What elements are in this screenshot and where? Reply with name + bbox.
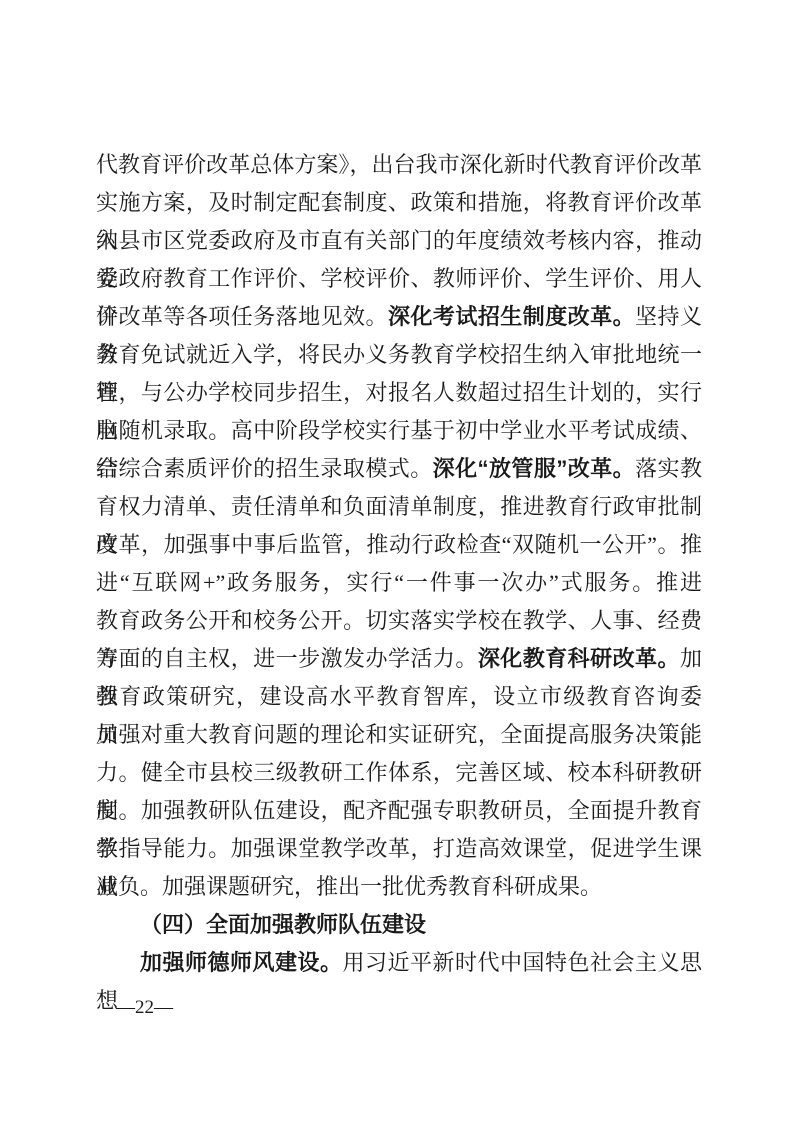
bold-phrase: 深化教育科研改革。 (478, 646, 680, 671)
text-line: 方面的自主权，进一步激发办学活力。深化教育科研改革。加强 (96, 640, 702, 678)
text-line: 委政府教育工作评价、学校评价、教师评价、学生评价、用人评 (96, 260, 702, 298)
body-text: 落实教 (635, 456, 702, 481)
bold-phrase: （四）全面加强教师队伍建设 (140, 912, 426, 937)
body-text: 价改革等各项任务落地见效。 (96, 304, 388, 329)
text-line: 加强对重大教育问题的理论和实证研究，全面提高服务决策能 (96, 716, 702, 754)
text-line: 合综合素质评价的招生录取模式。深化“放管服”改革。落实教 (96, 450, 702, 488)
text-line: 加强师德师风建设。用习近平新时代中国特色社会主义思想 (96, 944, 702, 982)
body-text: 改革，加强事中事后监管，推动行政检查“双随机一公开”。推 (96, 532, 702, 557)
text-line: 脑随机录取。高中阶段学校实行基于初中学业水平考试成绩、结 (96, 412, 702, 450)
text-line: 进“互联网+”政务服务，实行“一件事一次办”式服务。推进 (96, 564, 702, 602)
body-text: 方面的自主权，进一步激发办学活力。 (96, 646, 478, 671)
text-line: 实施方案，及时制定配套制度、政策和措施，将教育评价改革纳 (96, 184, 702, 222)
body-text: 代教育评价改革总体方案》，出台我市深化新时代教育评价改革 (96, 152, 702, 177)
text-line: 理，与公办学校同步招生，对报名人数超过招生计划的，实行电 (96, 374, 702, 412)
body-text: 减负。加强课题研究，推出一批优秀教育科研成果。 (96, 874, 602, 899)
text-line: 教育政策研究，建设高水平教育智库，设立市级教育咨询委员， (96, 678, 702, 716)
bold-phrase: 深化“放管服”改革。 (433, 456, 635, 481)
text-line: 改革，加强事中事后监管，推动行政检查“双随机一公开”。推 (96, 526, 702, 564)
document-page: 代教育评价改革总体方案》，出台我市深化新时代教育评价改革实施方案，及时制定配套制… (0, 0, 793, 1122)
text-line: 力。健全市县校三级教研工作体系，完善区域、校本科研教研制 (96, 754, 702, 792)
text-line: 度。加强教研队伍建设，配齐配强专职教研员，全面提升教育教 (96, 792, 702, 830)
text-line: （四）全面加强教师队伍建设 (96, 906, 702, 944)
body-text: 合综合素质评价的招生录取模式。 (96, 456, 433, 481)
bold-phrase: 深化考试招生制度改革。 (388, 304, 635, 329)
text-line: 教育免试就近入学，将民办义务教育学校招生纳入审批地统一管 (96, 336, 702, 374)
text-line: 入县市区党委政府及市直有关部门的年度绩效考核内容，推动党 (96, 222, 702, 260)
body-text: 进“互联网+”政务服务，实行“一件事一次办”式服务。推进 (96, 570, 702, 595)
body-text: 加强对重大教育问题的理论和实证研究，全面提高服务决策能 (96, 722, 702, 747)
text-line: 教育政务公开和校务公开。切实落实学校在教学、人事、经费等 (96, 602, 702, 640)
page-number: —22— (116, 996, 173, 1020)
text-line: 育权力清单、责任清单和负面清单制度，推进教育行政审批制度 (96, 488, 702, 526)
text-block: 代教育评价改革总体方案》，出台我市深化新时代教育评价改革实施方案，及时制定配套制… (96, 146, 702, 982)
text-line: 学指导能力。加强课堂教学改革，打造高效课堂，促进学生课业 (96, 830, 702, 868)
text-line: 减负。加强课题研究，推出一批优秀教育科研成果。 (96, 868, 702, 906)
text-line: 价改革等各项任务落地见效。深化考试招生制度改革。坚持义务 (96, 298, 702, 336)
bold-phrase: 加强师德师风建设。 (140, 950, 343, 975)
text-line: 代教育评价改革总体方案》，出台我市深化新时代教育评价改革 (96, 146, 702, 184)
